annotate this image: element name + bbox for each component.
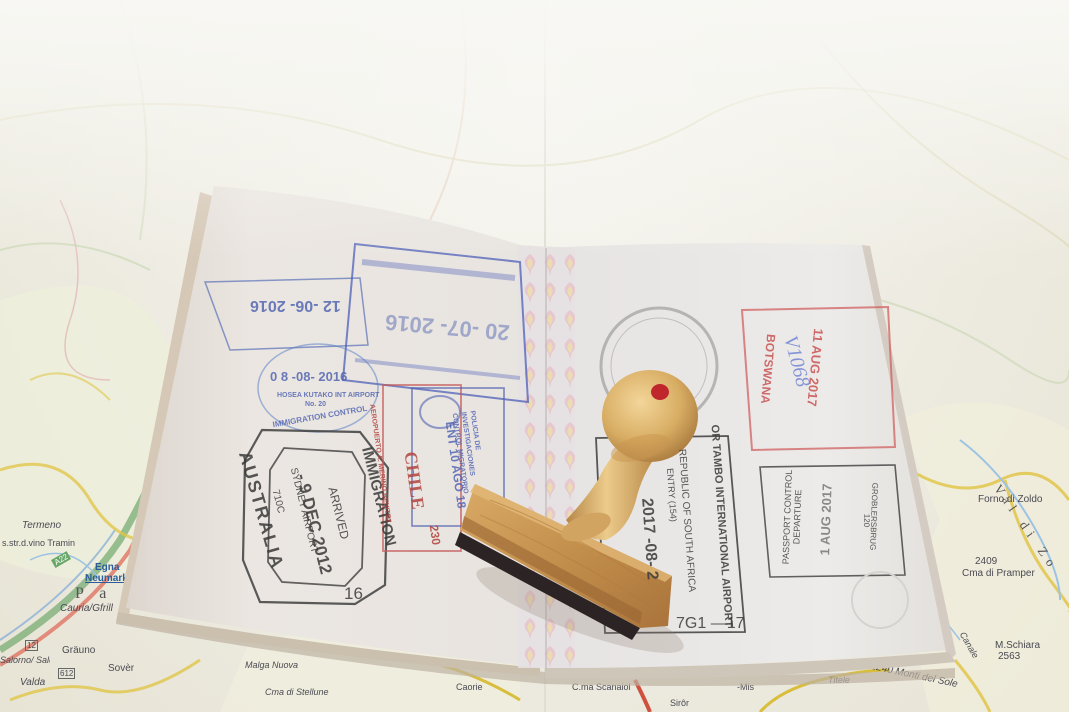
stamp-chile-number: 230 [427,524,444,546]
stamp-bw-exit-number: 120 [862,514,871,528]
stamp-namibia-date: 0 8 -08- 2016 [270,369,347,384]
stamp-namibia-airport: HOSEA KUTAKO INT AIRPORT [277,392,379,399]
stamp-blue-rect-date: 12 -06- 2016 [250,296,341,314]
stamp-bw-exit-type: DEPARTURE [791,489,803,544]
stamp-namibia-number: No. 20 [305,401,326,408]
red-dot-marker [651,384,669,400]
top-blur-haze [0,0,1069,260]
page-number: 16 [344,584,363,604]
photo-scene: Termeno s.str.d.vino Tramin Egna Neumark… [0,0,1069,712]
stamp-bw-exit-date: 1 AUG 2017 [817,483,834,555]
stamp-sa-footer: 7G1 —17 [676,615,744,633]
